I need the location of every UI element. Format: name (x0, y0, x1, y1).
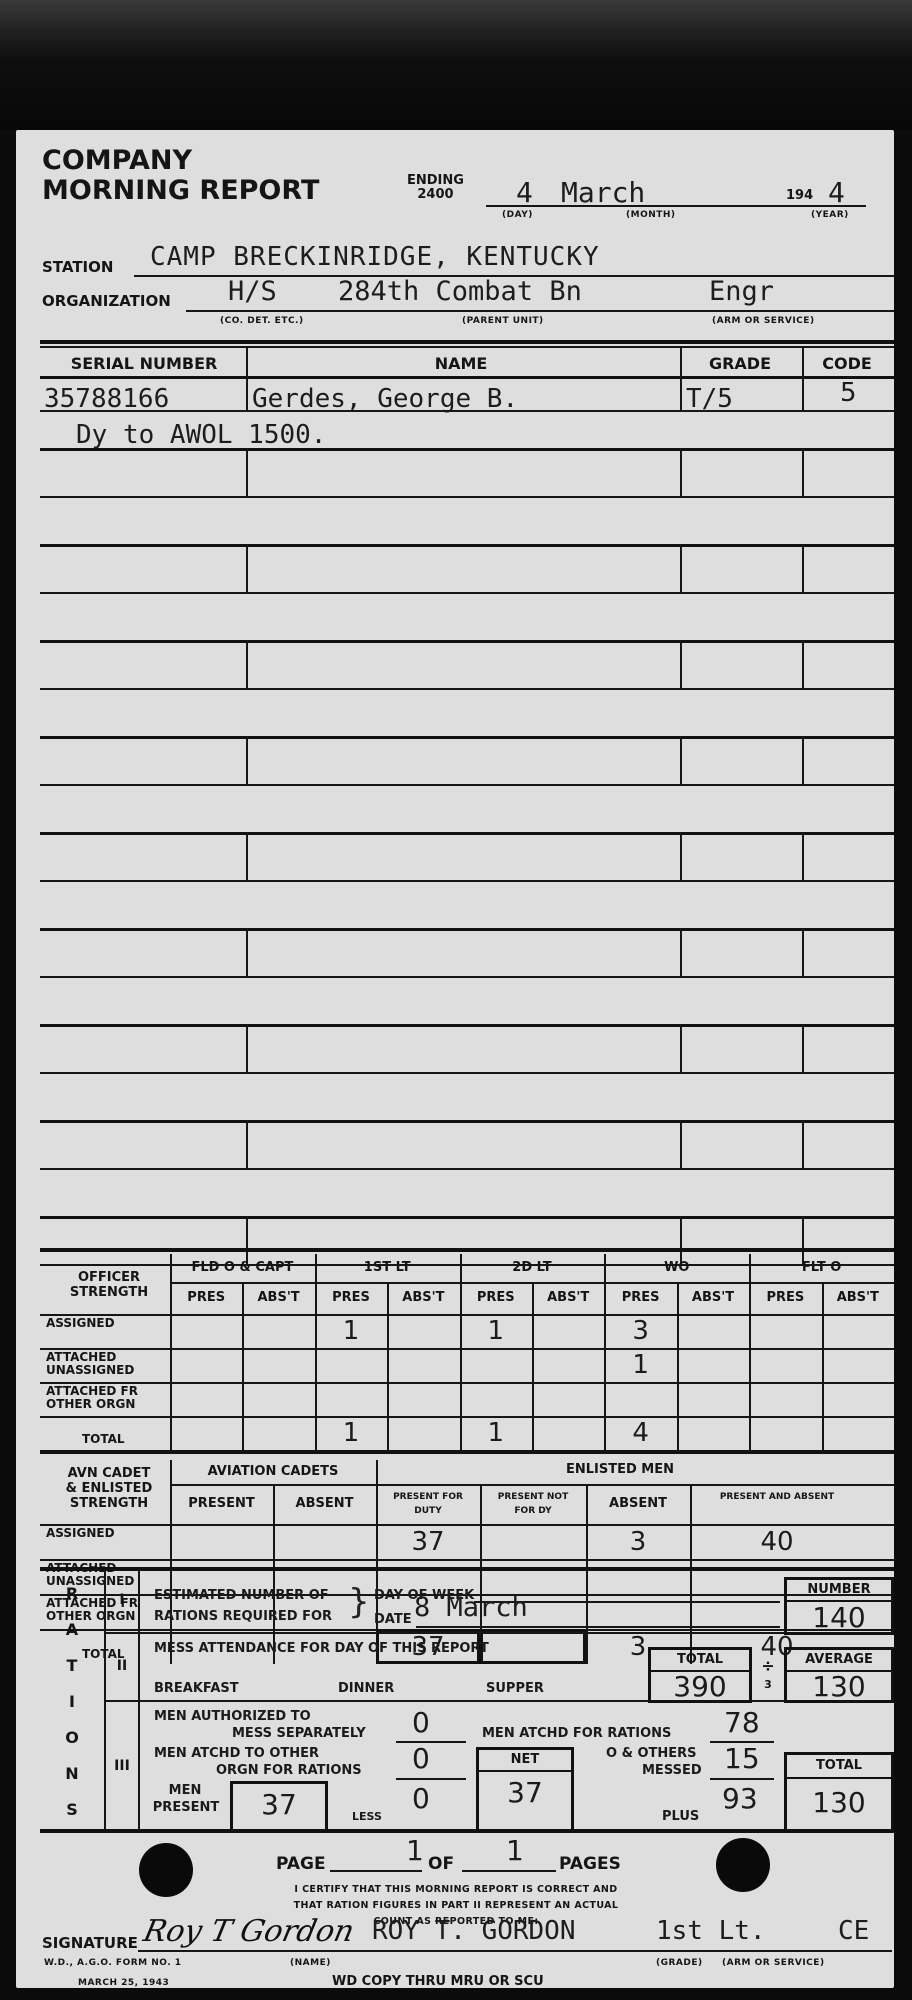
roster-col-divider (802, 928, 804, 976)
report-month: March (561, 176, 645, 209)
average-label: AVERAGE (787, 1650, 891, 1672)
report-day: 4 (516, 176, 533, 209)
organization-label: ORGANIZATION (42, 292, 171, 310)
officer-subcol-header: ABS'T (677, 1290, 749, 1305)
roster-row-rule (40, 976, 894, 978)
officer-row-rule (40, 1348, 894, 1350)
signature-underline (138, 1950, 892, 1952)
name-caption: (NAME) (290, 1958, 331, 1968)
enlisted-row-label: ASSIGNED (46, 1527, 176, 1540)
signer-grade: 1st Lt. (656, 1916, 766, 1946)
roster-header-rule (40, 376, 894, 379)
handwritten-signature: Roy T Gordon (140, 1914, 357, 1949)
officer-cell: 1 (315, 1418, 387, 1448)
column-header-code: CODE (802, 354, 892, 373)
day-caption: (DAY) (502, 210, 533, 220)
roster-col-divider (802, 346, 804, 376)
officer-subcol-header: PRES (460, 1290, 532, 1305)
film-border-top (0, 0, 912, 130)
atchd-other-underline (396, 1778, 466, 1780)
year-caption: (YEAR) (811, 210, 849, 220)
roster-col-divider (802, 448, 804, 496)
mess-separately-label-1: MEN AUTHORIZED TO (154, 1710, 311, 1724)
organization-arm: Engr (709, 276, 774, 307)
breakfast-label: BREAKFAST (154, 1682, 239, 1696)
roster-col-divider (802, 544, 804, 592)
officer-strength-title: OFFICERSTRENGTH (44, 1270, 174, 1300)
number-box: NUMBER 140 (784, 1577, 894, 1635)
officer-bottom-rule (40, 1450, 894, 1454)
roster-row-rule (40, 784, 894, 786)
officer-subcol-header: ABS'T (822, 1290, 894, 1305)
roster-row-rule (40, 496, 894, 498)
report-year-digit: 4 (828, 176, 845, 209)
date-label: DATE (374, 1613, 412, 1627)
column-header-name: NAME (246, 354, 676, 373)
atchd-rations-label: MEN ATCHD FOR RATIONS (482, 1727, 671, 1741)
part-3-numeral: III (106, 1758, 138, 1774)
enlisted-strength-title: AVN CADET& ENLISTEDSTRENGTH (44, 1466, 174, 1511)
officer-cell: 3 (604, 1316, 676, 1346)
ration-date-value: 8 March (414, 1592, 528, 1623)
men-present-box: 37 (230, 1781, 328, 1833)
rations-side-letter: R (52, 1576, 92, 1612)
rations-side-label: RATIONS (52, 1576, 92, 1828)
station-label: STATION (42, 258, 113, 276)
men-present-label-1: MEN (144, 1784, 226, 1798)
plus-value: 93 (722, 1782, 758, 1815)
part-2-numeral: II (106, 1658, 138, 1674)
plus-label: PLUS (662, 1810, 699, 1824)
form-title: COMPANY MORNING REPORT (42, 146, 319, 206)
station-value: CAMP BRECKINRIDGE, KENTUCKY (150, 242, 600, 272)
roster-remark: Dy to AWOL 1500. (76, 420, 326, 450)
others-value: 15 (724, 1742, 760, 1775)
enlisted-cell: 40 (690, 1526, 864, 1558)
roster-row-rule (40, 592, 894, 594)
signer-name: ROY T. GORDON (372, 1916, 576, 1946)
roster-col-divider (680, 1120, 682, 1168)
rations-side-letter: O (52, 1720, 92, 1756)
rations-side-letter: I (52, 1684, 92, 1720)
roster-row-rule (40, 1024, 894, 1027)
roster-row-rule (40, 880, 894, 882)
morning-report-form: COMPANY MORNING REPORT ENDING 2400 4 Mar… (16, 130, 894, 1988)
roster-col-divider (246, 544, 248, 592)
roster-row-rule (40, 448, 894, 451)
number-label: NUMBER (787, 1580, 891, 1602)
mess-total-label: TOTAL (651, 1650, 749, 1672)
page-underline (330, 1870, 422, 1872)
year-prefix: 194 (786, 188, 813, 203)
part3-total-value: 130 (787, 1779, 891, 1827)
part3-total-label: TOTAL (787, 1755, 891, 1779)
roster-col-divider (680, 376, 682, 410)
part-1-numeral: I (106, 1592, 138, 1608)
column-header-serial: SERIAL NUMBER (44, 354, 244, 373)
pages-label: PAGES (559, 1854, 621, 1874)
signer-arm: CE (838, 1916, 869, 1946)
enlisted-cell: 3 (586, 1526, 690, 1558)
officer-cell: 1 (604, 1350, 676, 1380)
part-1-label-2: RATIONS REQUIRED FOR (154, 1610, 332, 1624)
title-line-2: MORNING REPORT (42, 176, 319, 206)
rations-side-letter: T (52, 1648, 92, 1684)
officer-col-divider (532, 1282, 534, 1450)
officer-cell: 1 (460, 1418, 532, 1448)
officer-cell: 1 (460, 1316, 532, 1346)
part-1-label-1: ESTIMATED NUMBER OF (154, 1589, 329, 1603)
certify-line-1: I CERTIFY THAT THIS MORNING REPORT IS CO… (216, 1882, 696, 1898)
total-present-not-duty-box (480, 1629, 586, 1664)
officer-subcol-header: PRES (749, 1290, 821, 1305)
form-id: W.D., A.G.O. FORM NO. 1 (44, 1958, 182, 1968)
officer-group-header: 1ST LT (315, 1260, 460, 1275)
enlisted-column-header: PRESENT (170, 1496, 273, 1511)
roster-col-divider (680, 1216, 682, 1264)
roster-top-rule (40, 340, 894, 344)
rations-part2-rule (104, 1700, 894, 1702)
roster-col-divider (802, 1120, 804, 1168)
company-caption: (CO. DET. ETC.) (220, 316, 304, 326)
roster-row-rule (40, 544, 894, 547)
copy-note: WD COPY THRU MRU OR SCU (332, 1974, 544, 1989)
officer-col-divider (822, 1282, 824, 1450)
mess-attendance-label: MESS ATTENDANCE FOR DAY OF THIS REPORT (154, 1642, 489, 1656)
mess-total-value: 390 (651, 1672, 749, 1702)
roster-col-divider (246, 448, 248, 496)
rations-side-letter: S (52, 1792, 92, 1828)
roster-col-divider (246, 346, 248, 376)
officer-col-divider (242, 1282, 244, 1450)
enlisted-men-header: ENLISTED MEN (376, 1462, 864, 1477)
enlisted-column-header: PRESENT NOT FOR DY (480, 1490, 586, 1518)
atchd-other-label-2: ORGN FOR RATIONS (216, 1764, 362, 1778)
roster-col-divider (802, 736, 804, 784)
atchd-other-label-1: MEN ATCHD TO OTHER (154, 1747, 319, 1761)
page-value: 1 (406, 1834, 424, 1867)
of-label: OF (428, 1854, 454, 1874)
number-value: 140 (787, 1602, 891, 1634)
grade-caption: (GRADE) (656, 1958, 703, 1968)
supper-label: SUPPER (486, 1682, 544, 1696)
parent-unit-caption: (PARENT UNIT) (462, 316, 544, 326)
roster-col-divider (802, 1216, 804, 1264)
officer-subcol-header: PRES (170, 1290, 242, 1305)
roster-col-divider (680, 346, 682, 376)
men-present-label-2: PRESENT (140, 1801, 232, 1815)
roster-row-rule (40, 1072, 894, 1074)
punch-hole-right (716, 1838, 770, 1892)
mess-total-box: TOTAL 390 (648, 1647, 752, 1703)
roster-row-rule (40, 410, 894, 412)
signature-label: SIGNATURE (42, 1934, 138, 1952)
roster-col-divider (246, 928, 248, 976)
roster-col-divider (246, 832, 248, 880)
enlisted-header-rule (170, 1484, 894, 1486)
date-underline (486, 205, 816, 207)
roster-col-divider (802, 832, 804, 880)
arm-caption: (ARM OR SERVICE) (712, 316, 815, 326)
mess-separately-underline (396, 1741, 466, 1743)
roster-col-divider (680, 928, 682, 976)
roster-col-divider (246, 1216, 248, 1264)
roster-col-divider (246, 1024, 248, 1072)
average-value: 130 (787, 1672, 891, 1702)
rations-side-letter: N (52, 1756, 92, 1792)
officer-row-label: ATTACHED UNASSIGNED (46, 1351, 176, 1377)
mess-separately-label-2: MESS SEPARATELY (232, 1727, 366, 1741)
officer-subcol-header: PRES (315, 1290, 387, 1305)
officer-group-header: FLD O & CAPT (170, 1260, 315, 1275)
roster-row-rule (40, 928, 894, 931)
others-underline (710, 1778, 774, 1780)
net-box: NET 37 (476, 1747, 574, 1833)
less-label: LESS (352, 1810, 382, 1824)
enlisted-column-header: ABSENT (586, 1496, 690, 1511)
officer-col-divider (387, 1282, 389, 1450)
roster-code: 5 (840, 378, 857, 408)
date-underline (416, 1626, 780, 1628)
arm-service-caption: (ARM OR SERVICE) (722, 1958, 825, 1968)
roster-col-divider (246, 736, 248, 784)
roster-col-divider (802, 640, 804, 688)
others-label-1: O & OTHERS (606, 1747, 697, 1761)
enlisted-column-header: PRESENT AND ABSENT (690, 1490, 864, 1504)
ending-word: ENDING (407, 174, 464, 188)
officer-cell: 4 (604, 1418, 676, 1448)
aviation-cadets-header: AVIATION CADETS (170, 1464, 376, 1479)
roster-col-divider (246, 640, 248, 688)
punch-hole-left (139, 1843, 193, 1897)
part3-total-box: TOTAL 130 (784, 1752, 894, 1832)
enlisted-col-divider (273, 1484, 275, 1664)
officer-group-header: WO (604, 1260, 749, 1275)
officer-row-rule (40, 1382, 894, 1384)
roster-col-divider (680, 736, 682, 784)
officer-group-header: 2D LT (460, 1260, 605, 1275)
roster-col-divider (680, 448, 682, 496)
officer-row-label: TOTAL (46, 1419, 176, 1446)
roster-top-rule-2 (40, 346, 894, 348)
organization-underline (186, 310, 894, 312)
officer-row-label: ASSIGNED (46, 1317, 176, 1330)
divisor-value: 3 (756, 1678, 780, 1691)
rations-side-letter: A (52, 1612, 92, 1648)
dinner-label: DINNER (338, 1682, 394, 1696)
men-present-value: 37 (233, 1784, 325, 1826)
roster-row-rule (40, 1120, 894, 1123)
enlisted-row-rule (40, 1559, 894, 1561)
rations-top-rule (40, 1567, 894, 1571)
officer-subcol-header: ABS'T (532, 1290, 604, 1305)
officer-subcol-header: ABS'T (387, 1290, 459, 1305)
roster-col-divider (680, 544, 682, 592)
roster-col-divider (246, 376, 248, 410)
officer-row-label: ATTACHED FR OTHER ORGN (46, 1385, 176, 1411)
less-value: 0 (412, 1782, 430, 1815)
rations-bottom-rule (40, 1829, 894, 1833)
average-box: AVERAGE 130 (784, 1647, 894, 1703)
officer-subcol-header: PRES (604, 1290, 676, 1305)
ending-label: ENDING 2400 (407, 174, 464, 202)
others-label-2: MESSED (642, 1764, 702, 1778)
roster-row-rule (40, 736, 894, 739)
brace-icon: } (348, 1582, 370, 1622)
atchd-rations-value: 78 (724, 1706, 760, 1739)
atchd-other-value: 0 (412, 1742, 430, 1775)
net-value: 37 (479, 1772, 571, 1814)
roster-col-divider (680, 1024, 682, 1072)
roster-col-divider (802, 376, 804, 410)
officer-group-header: FLT O (749, 1260, 894, 1275)
officer-col-divider (677, 1282, 679, 1450)
enlisted-column-header: ABSENT (273, 1496, 376, 1511)
roster-row-rule (40, 1168, 894, 1170)
organization-company: H/S (228, 276, 277, 307)
month-caption: (MONTH) (626, 210, 676, 220)
officer-subcol-header: ABS'T (242, 1290, 314, 1305)
form-date: MARCH 25, 1943 (78, 1978, 169, 1988)
net-label: NET (479, 1750, 571, 1772)
roster-row-rule (40, 640, 894, 643)
divide-icon: ÷ (756, 1656, 780, 1675)
rations-part1-rule (104, 1632, 894, 1634)
officer-cell: 1 (315, 1316, 387, 1346)
roster-col-divider (246, 1120, 248, 1168)
officer-header-rule (170, 1282, 894, 1284)
pages-underline (462, 1870, 556, 1872)
column-header-grade: GRADE (680, 354, 800, 373)
page-label: PAGE (276, 1854, 326, 1874)
roster-row-rule (40, 688, 894, 690)
title-line-1: COMPANY (42, 146, 319, 176)
enlisted-cell: 37 (376, 1526, 480, 1558)
roster-row-rule (40, 1216, 894, 1219)
roster-row-rule (40, 832, 894, 835)
organization-parent-unit: 284th Combat Bn (338, 276, 582, 307)
certify-line-2: THAT RATION FIGURES IN PART II REPRESENT… (216, 1898, 696, 1914)
officer-top-rule (40, 1248, 894, 1252)
ending-time: 2400 (407, 188, 464, 202)
enlisted-column-header: PRESENT FOR DUTY (376, 1490, 480, 1518)
pages-value: 1 (506, 1834, 524, 1867)
roster-col-divider (680, 640, 682, 688)
roster-col-divider (680, 832, 682, 880)
mess-separately-value: 0 (412, 1706, 430, 1739)
roster-col-divider (802, 1024, 804, 1072)
